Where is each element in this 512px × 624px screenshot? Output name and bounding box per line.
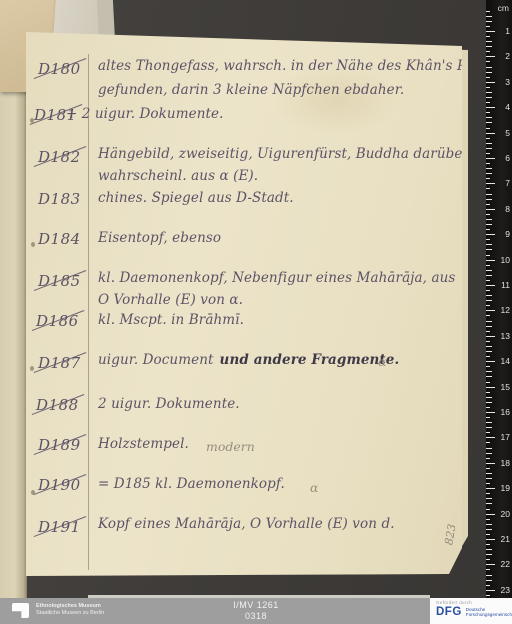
entry-text: altes Thongefass, wahrsch. in der Nähe d… [98, 58, 512, 74]
pencil-annotation: α [378, 354, 386, 369]
photo-backdrop: D180 altes Thongefass, wahrsch. in der N… [0, 0, 512, 624]
entry-text: Eisentopf, ebenso [98, 230, 221, 246]
entry-number: D191 [38, 518, 81, 536]
entry-number: D184 [38, 230, 81, 248]
entry-text: 2 uigur. Dokumente. [98, 396, 240, 412]
stitch-hole [31, 242, 35, 247]
stitch-hole [30, 366, 34, 371]
entry-text: kl. Mscpt. in Brāhmī. [98, 312, 244, 328]
entry-text: O Vorhalle (E) von α. [98, 292, 243, 308]
entry-number: D185 [38, 272, 81, 290]
entry-text: gefunden, darin 3 kleine Näpfchen ebdahe… [98, 82, 404, 98]
entry-text: kl. Daemonenkopf, Nebenfigur eines Mahār… [98, 270, 455, 286]
dfg-funding-box: Gefördert durch DFG Deutsche Forschungsg… [430, 598, 512, 624]
entry-number: D188 [36, 396, 79, 414]
entry-number: D189 [38, 436, 81, 454]
entry-number: D182 [38, 148, 81, 166]
entry-text: = D185 kl. Daemonenkopf. [98, 476, 285, 492]
footer-bar: Ethnologisches Museum Staatliche Museen … [0, 598, 512, 624]
margin-rule-line [88, 54, 89, 570]
entry-text: chines. Spiegel aus D-Stadt. [98, 190, 294, 206]
entry-number: D186 [36, 312, 79, 330]
entry-number: D180 [38, 60, 81, 78]
entry-text: uigur. Documentund andere Fragmente. [98, 352, 399, 368]
entry-text-darker-ink: und andere Fragmente. [220, 352, 400, 368]
entry-number: D183 [38, 190, 81, 208]
dfg-logo: DFG [436, 606, 462, 618]
entry-text: Kopf eines Mahārāja, O Vorhalle (E) von … [98, 516, 395, 532]
pencil-annotation: modern [206, 439, 255, 454]
ruler-unit-label: cm [498, 3, 509, 13]
funding-caption: Gefördert durch [436, 600, 512, 605]
entry-text: Holzstempel. [98, 436, 189, 452]
entry-number: D187 [38, 354, 81, 372]
entry-text: + 2 uigur. Dokumente. [66, 106, 224, 122]
notebook-page: D180 altes Thongefass, wahrsch. in der N… [26, 30, 462, 578]
pencil-annotation: α [310, 480, 318, 495]
entry-text: Hängebild, zweiseitig, Uigurenfürst, Bud… [98, 146, 469, 162]
dfg-name: Deutsche Forschungsgemeinschaft [466, 607, 512, 618]
entry-text: wahrscheinl. aus α (E). [98, 168, 258, 184]
ruler: cm 1234567891011121314151617181920212223 [486, 0, 512, 598]
corner-page-note: 823 [442, 523, 458, 546]
entry-number: D190 [38, 476, 81, 494]
